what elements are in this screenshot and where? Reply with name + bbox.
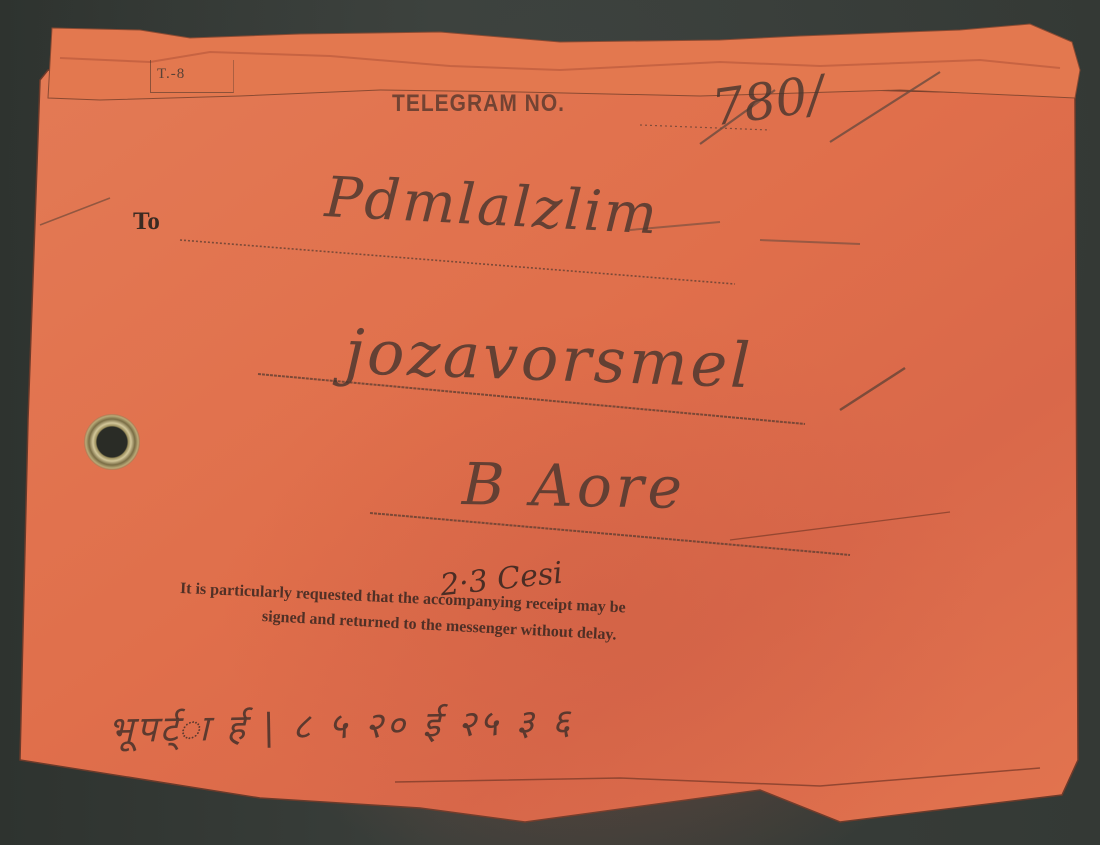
address-line-3: B Aore <box>461 450 686 522</box>
form-code-box: T.-8 <box>150 60 234 93</box>
bottom-handwriting: भूपर्ट्ा र्ह | ८ ५ २० ई २५ ३ ६ <box>108 696 574 753</box>
to-label: To <box>133 208 160 236</box>
metal-eyelet-icon <box>84 414 140 470</box>
address-line-2: jozavorsmel <box>344 315 755 402</box>
telegram-envelope: T.-8 TELEGRAM NO. 780/ To Pdmlalzlim joz… <box>0 0 1100 845</box>
telegram-number-heading: TELEGRAM NO. <box>392 90 565 118</box>
